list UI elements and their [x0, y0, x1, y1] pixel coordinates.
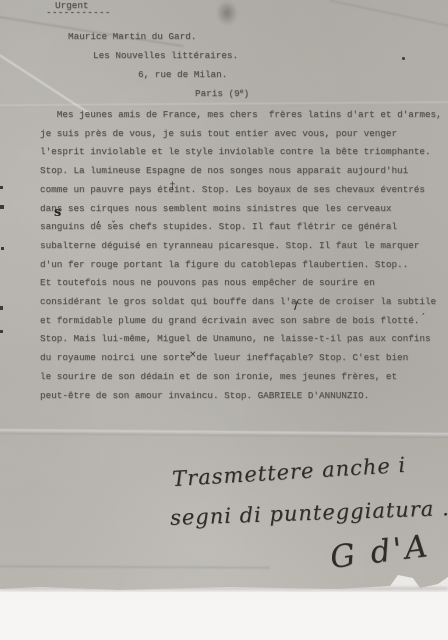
city-text: Paris (9: [195, 88, 240, 99]
edge-speck: [0, 186, 3, 189]
recipient-city: Paris (9e): [195, 88, 249, 99]
ink-smudge: [216, 0, 238, 26]
edge-speck: [0, 205, 4, 209]
recipient-street: 6, rue de Milan.: [138, 69, 227, 80]
telegram-body: Mes jeunes amis de France, mes chers frè…: [40, 106, 448, 405]
recipient-organization: Les Nouvelles littéraires.: [93, 50, 238, 61]
urgency-underline: -----------: [46, 7, 111, 18]
city-text-close: ): [244, 88, 250, 99]
edge-speck: [0, 306, 3, 310]
recipient-name: Maurice Martin du Gard.: [68, 31, 196, 42]
paper-dot: [402, 57, 405, 60]
edge-speck: [0, 330, 3, 333]
scanned-telegram-page: Urgent ----------- Maurice Martin du Gar…: [0, 0, 448, 640]
edge-speck: [1, 247, 4, 250]
